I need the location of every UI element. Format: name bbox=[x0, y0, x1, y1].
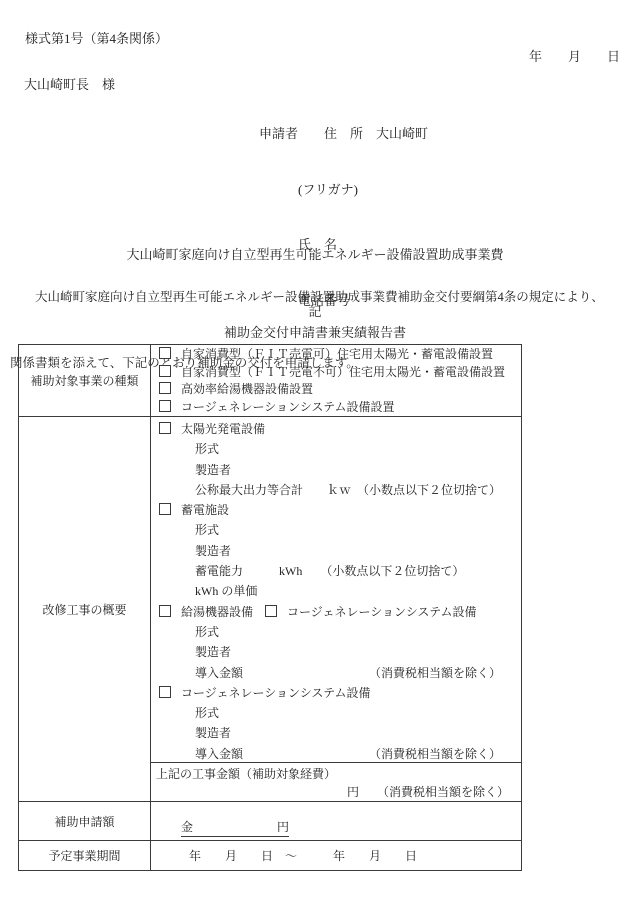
subsidy-amount-label: 補助申請額 bbox=[19, 802, 151, 840]
heater-maker-line: 製造者 bbox=[151, 642, 521, 662]
option-label: コージェネレーションシステム設備設置 bbox=[181, 400, 395, 414]
option-label: 自家消費型（ＦＩＴ売電不可）住宅用太陽光・蓄電設備設置 bbox=[181, 365, 505, 379]
checkbox-icon[interactable] bbox=[159, 503, 171, 515]
cogen-equipment-line: コージェネレーションシステム設備 bbox=[151, 683, 521, 703]
date-line: 年 月 日 bbox=[529, 46, 620, 65]
checkbox-icon[interactable] bbox=[159, 365, 171, 377]
heater-title: 給湯機器設備 bbox=[181, 605, 253, 619]
record-mark: 記 bbox=[0, 301, 630, 320]
subsidy-amount-row: 補助申請額 金 円 bbox=[19, 801, 521, 840]
checkbox-icon[interactable] bbox=[159, 605, 171, 617]
checkbox-icon[interactable] bbox=[159, 686, 171, 698]
project-period-row: 予定事業期間 年 月 日 ～ 年 月 日 bbox=[19, 840, 521, 870]
form-number: 様式第1号（第4条関係） bbox=[25, 28, 168, 47]
checkbox-icon[interactable] bbox=[265, 605, 277, 617]
heater-cogen-title: コージェネレーションシステム設備 bbox=[287, 605, 477, 619]
document-page: 様式第1号（第4条関係） 年 月 日 大山崎町長 様 申請者 住 所 大山崎町 … bbox=[0, 0, 630, 903]
cogen-cost-line: 導入金額 （消費税相当額を除く） bbox=[151, 744, 521, 764]
subsidy-amount-value: 金 円 bbox=[181, 818, 289, 837]
option-label: 自家消費型（ＦＩＴ売電可）住宅用太陽光・蓄電設備設置 bbox=[181, 347, 493, 361]
checkbox-icon[interactable] bbox=[159, 382, 171, 394]
battery-capacity-line: 蓄電能力 kWh （小数点以下２位切捨て） bbox=[151, 561, 521, 581]
battery-model-line: 形式 bbox=[151, 520, 521, 540]
heater-model-line: 形式 bbox=[151, 622, 521, 642]
business-type-option: 自家消費型（ＦＩＴ売電可）住宅用太陽光・蓄電設備設置 bbox=[151, 346, 521, 364]
construction-overview-content: 太陽光発電設備 形式 製造者 公称最大出力等合計 ｋｗ （小数点以下２位切捨て）… bbox=[151, 417, 521, 801]
cogen-model-line: 形式 bbox=[151, 703, 521, 723]
battery-unit-price-line: kWh の単価 bbox=[151, 581, 521, 601]
construction-overview-row: 改修工事の概要 太陽光発電設備 形式 製造者 公称最大出力等合計 ｋｗ （小数点… bbox=[19, 416, 521, 801]
solar-output-line: 公称最大出力等合計 ｋｗ （小数点以下２位切捨て） bbox=[151, 480, 521, 500]
business-type-option: 自家消費型（ＦＩＴ売電不可）住宅用太陽光・蓄電設備設置 bbox=[151, 364, 521, 382]
project-period-label: 予定事業期間 bbox=[19, 841, 151, 870]
application-form-table: 補助対象事業の種類 自家消費型（ＦＩＴ売電可）住宅用太陽光・蓄電設備設置 自家消… bbox=[18, 344, 522, 871]
battery-maker-line: 製造者 bbox=[151, 541, 521, 561]
total-cost-subrow: 上記の工事金額（補助対象経費） 円 （消費税相当額を除く） bbox=[151, 762, 521, 801]
cogen-title: コージェネレーションシステム設備 bbox=[181, 686, 371, 700]
battery-equipment-line: 蓄電施設 bbox=[151, 500, 521, 520]
checkbox-icon[interactable] bbox=[159, 422, 171, 434]
addressee: 大山崎町長 様 bbox=[24, 74, 115, 93]
cogen-maker-line: 製造者 bbox=[151, 723, 521, 743]
heater-cogen-line: 給湯機器設備コージェネレーションシステム設備 bbox=[151, 602, 521, 622]
business-type-option: コージェネレーションシステム設備設置 bbox=[151, 399, 521, 417]
option-label: 高効率給湯機器設備設置 bbox=[181, 382, 313, 396]
total-cost-line2: 円 （消費税相当額を除く） bbox=[151, 784, 521, 801]
project-period-cell: 年 月 日 ～ 年 月 日 bbox=[151, 841, 521, 870]
project-period-value: 年 月 日 ～ 年 月 日 bbox=[151, 847, 417, 864]
construction-overview-label: 改修工事の概要 bbox=[19, 417, 151, 801]
business-type-options: 自家消費型（ＦＩＴ売電可）住宅用太陽光・蓄電設備設置 自家消費型（ＦＩＴ売電不可… bbox=[151, 345, 521, 416]
business-type-row: 補助対象事業の種類 自家消費型（ＦＩＴ売電可）住宅用太陽光・蓄電設備設置 自家消… bbox=[19, 345, 521, 416]
applicant-address-line: 申請者 住 所 大山崎町 bbox=[259, 125, 428, 144]
subsidy-amount-cell: 金 円 bbox=[151, 802, 521, 840]
total-cost-line1: 上記の工事金額（補助対象経費） bbox=[151, 763, 521, 784]
solar-equipment-line: 太陽光発電設備 bbox=[151, 419, 521, 439]
battery-title: 蓄電施設 bbox=[181, 503, 229, 517]
business-type-option: 高効率給湯機器設備設置 bbox=[151, 381, 521, 399]
solar-maker-line: 製造者 bbox=[151, 460, 521, 480]
business-type-label: 補助対象事業の種類 bbox=[19, 345, 151, 416]
solar-title: 太陽光発電設備 bbox=[181, 422, 265, 436]
solar-model-line: 形式 bbox=[151, 439, 521, 459]
heater-cost-line: 導入金額 （消費税相当額を除く） bbox=[151, 663, 521, 683]
checkbox-icon[interactable] bbox=[159, 347, 171, 359]
checkbox-icon[interactable] bbox=[159, 400, 171, 412]
equipment-sections: 太陽光発電設備 形式 製造者 公称最大出力等合計 ｋｗ （小数点以下２位切捨て）… bbox=[151, 417, 521, 762]
